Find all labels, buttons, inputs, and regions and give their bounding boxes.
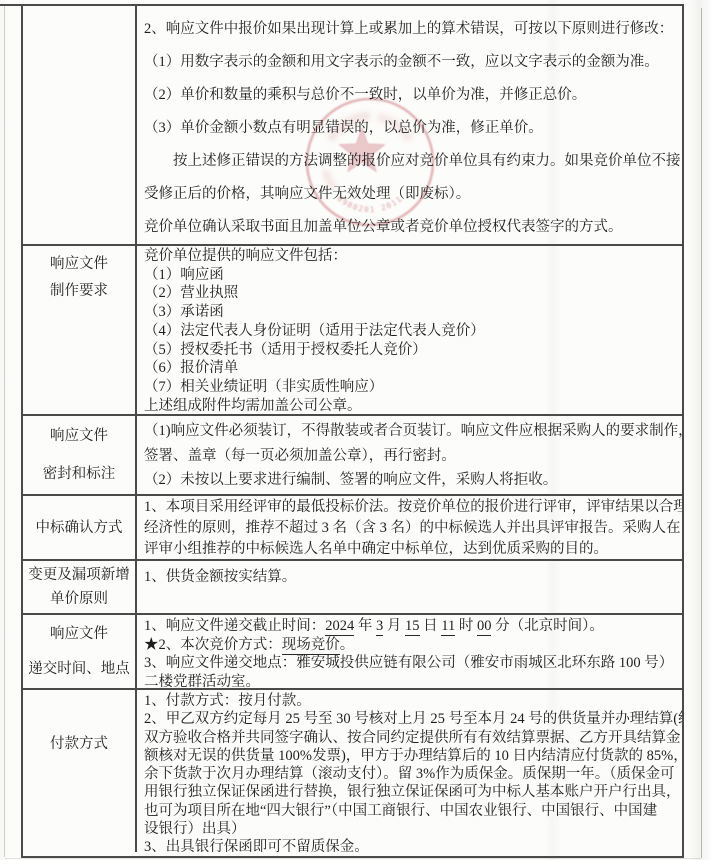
page-edge-right [701, 8, 702, 858]
text-line: 余下货款于次月办理结算（滚动支付）。留 3%作为质保金。质保期一年。（质保金可 [144, 765, 676, 783]
text-line: 二楼党群活动室。 [144, 673, 676, 688]
row-content-cell: 1、供货金额按实结算。 [137, 561, 682, 613]
table-row-sealing-marking: 响应文件 密封和标注 （1)响应文件必须装订，不得散装或者合页装订。响应文件应根… [23, 414, 682, 494]
text-segment: 年 [354, 618, 376, 634]
text-line: 按上述修正错误的方法调整的报价应对竞价单位具有约束力。如果竞价单位不接 [144, 145, 676, 178]
text-line: 1、付款方式：按月付款。 [144, 692, 676, 710]
row-content-cell: 1、付款方式：按月付款。 2、甲乙双方约定每月 25 号至 30 号核对上月 2… [137, 690, 682, 852]
text-segment: 月 [383, 618, 405, 634]
text-line: 也可为项目所在地“四大银行”（中国工商银行、中国农业银行、中国银行、中国建 [144, 802, 676, 820]
text-line: （1)响应文件必须装订，不得散装或者合页装订。响应文件应根据采购人的要求制作， [144, 419, 676, 444]
text-line: 评审小组推荐的中标候选人名单中确定中标单位，达到优质采购的目的。 [144, 539, 676, 559]
table-top-rule-extension [0, 4, 22, 6]
text-segment: 。 [340, 637, 355, 653]
row-content-cell: 1、本项目采用经评审的最低投标价法。按竞价单位的报价进行评审，评审结果以合理 经… [137, 496, 682, 559]
row-label-cell: 变更及漏项新增 单价原则 [23, 561, 137, 613]
row-label-cell: 响应文件 制作要求 [23, 246, 137, 414]
text-line: 签署、盖章（每一页必须加盖公章），再行密封。 [144, 444, 676, 469]
text-line: （2）未按以上要求进行编制、签署的响应文件，采购人将拒收。 [144, 468, 676, 493]
row-label-text: 递交时间、地点 [28, 660, 130, 678]
row-label-cell: 付款方式 [23, 690, 137, 852]
page-edge-bottom [5, 858, 701, 859]
text-line: 2、甲乙双方约定每月 25 号至 30 号核对上月 25 号至本月 24 号的供… [144, 710, 676, 728]
text-line: 竞价单位确认采取书面且加盖单位公章或者竞价单位授权代表签字的方式。 [144, 211, 676, 244]
text-segment: 时 [455, 618, 477, 634]
text-line: 1、供货金额按实结算。 [144, 567, 676, 587]
underlined-value: 11 [441, 618, 455, 636]
row-label-text: 付款方式 [50, 735, 108, 753]
text-line: （1）用数字表示的金额和用文字表示的金额不一致，应以文字表示的金额为准。 [144, 46, 676, 79]
star-icon: ★ [144, 637, 159, 653]
text-line: （2）单价和数量的乘积与总价不一致时，以单价为准，并修正总价。 [144, 79, 676, 112]
underlined-value: 现场竞价 [282, 637, 340, 655]
text-line: （2）营业执照 [144, 284, 676, 303]
text-line: （1）响应函 [144, 266, 676, 285]
underlined-value: 15 [405, 618, 420, 636]
text-line: 受修正后的价格，其响应文件无效处理（即废标）。 [144, 178, 676, 211]
text-segment: 2、本次竞价方式： [159, 637, 282, 653]
row-label-text: 变更及漏项新增 [28, 566, 130, 584]
table-row-award-confirmation: 中标确认方式 1、本项目采用经评审的最低投标价法。按竞价单位的报价进行评审，评审… [23, 494, 682, 559]
row-label-cell: 响应文件 密封和标注 [23, 416, 137, 494]
text-line: 经济性的原则，推荐不超过 3 名（含 3 名）的中标候选人并出具评审报告。采购人… [144, 518, 676, 539]
text-line-bidding-method: ★2、本次竞价方式：现场竞价。 [144, 636, 676, 655]
row-content-cell: 竞价单位提供的响应文件包括： （1）响应函 （2）营业执照 （3）承诺函 （4）… [137, 246, 682, 414]
row-label-cell-empty [23, 6, 137, 244]
text-line: 用银行独立保证保函进行替换，银行独立保证保函可为中标人基本账户开户行出具， [144, 783, 676, 801]
row-label-cell: 响应文件 递交时间、地点 [23, 615, 137, 688]
page-edge-left [4, 5, 5, 857]
text-segment: 日 [420, 618, 442, 634]
underlined-value: 2024 [325, 618, 354, 636]
text-line: 设银行）出具） [144, 820, 676, 838]
table-row-document-preparation: 响应文件 制作要求 竞价单位提供的响应文件包括： （1）响应函 （2）营业执照 … [23, 244, 682, 414]
row-content-cell: 1、响应文件递交截止时间：2024 年 3 月 15 日 11 时 00 分（北… [137, 615, 682, 688]
text-line: 2、响应文件中报价如果出现计算上或累加上的算术错误，可按以下原则进行修改： [144, 13, 676, 46]
text-line: （3）承诺函 [144, 303, 676, 322]
row-label-text: 响应文件 [50, 427, 108, 445]
text-line: 上述组成附件均需加盖公司公章。 [144, 397, 676, 414]
text-segment: 1、响应文件递交截止时间： [144, 618, 325, 634]
text-line: （7）相关业绩证明（非实质性响应） [144, 378, 676, 397]
table-row-submission-time-place: 响应文件 递交时间、地点 1、响应文件递交截止时间：2024 年 3 月 15 … [23, 613, 682, 688]
row-label-text: 单价原则 [50, 590, 108, 608]
row-content-cell: 2、响应文件中报价如果出现计算上或累加上的算术错误，可按以下原则进行修改： （1… [137, 6, 682, 244]
text-line: （5）授权委托书（适用于授权委托人竞价） [144, 341, 676, 360]
text-line: （6）报价清单 [144, 359, 676, 378]
row-label-text: 响应文件 [50, 255, 108, 273]
text-line: （4）法定代表人身份证明（适用于法定代表人竞价） [144, 322, 676, 341]
row-content-cell: （1)响应文件必须装订，不得散装或者合页装订。响应文件应根据采购人的要求制作， … [137, 416, 682, 494]
text-line-deadline: 1、响应文件递交截止时间：2024 年 3 月 15 日 11 时 00 分（北… [144, 617, 676, 636]
row-label-cell: 中标确认方式 [23, 496, 137, 559]
row-label-text: 密封和标注 [43, 465, 116, 483]
table-row-payment-method: 付款方式 1、付款方式：按月付款。 2、甲乙双方约定每月 25 号至 30 号核… [23, 688, 682, 852]
table-row-unit-price-principle: 变更及漏项新增 单价原则 1、供货金额按实结算。 [23, 559, 682, 613]
underlined-value: 00 [477, 618, 492, 636]
row-label-text: 响应文件 [50, 625, 108, 643]
text-line: 额核对无误的供货量 100%发票)，甲方于办理结算后的 10 日内结清应付货款的… [144, 747, 676, 765]
row-label-text: 中标确认方式 [36, 519, 123, 537]
bidding-requirements-table: 2、响应文件中报价如果出现计算上或累加上的算术错误，可按以下原则进行修改： （1… [21, 4, 684, 858]
text-line: 竞价单位提供的响应文件包括： [144, 247, 676, 266]
table-row-price-correction-rules: 2、响应文件中报价如果出现计算上或累加上的算术错误，可按以下原则进行修改： （1… [23, 6, 682, 244]
text-segment: 分（北京时间）。 [491, 618, 603, 634]
text-line: 3、出具银行保函即可不留质保金。 [144, 838, 676, 852]
row-label-text: 制作要求 [50, 282, 108, 300]
text-line: 3、响应文件递交地点：雅安城投供应链有限公司（雅安市雨城区北环东路 100 号） [144, 654, 676, 673]
text-line: 1、本项目采用经评审的最低投标价法。按竞价单位的报价进行评审，评审结果以合理 [144, 497, 676, 518]
text-line: 双方验收合格并共同签字确认、按合同约定提供所有有效结算票据、乙方开具结算金 [144, 729, 676, 747]
text-line: （3）单价金额小数点有明显错误的，以总价为准，修正单价。 [144, 112, 676, 145]
